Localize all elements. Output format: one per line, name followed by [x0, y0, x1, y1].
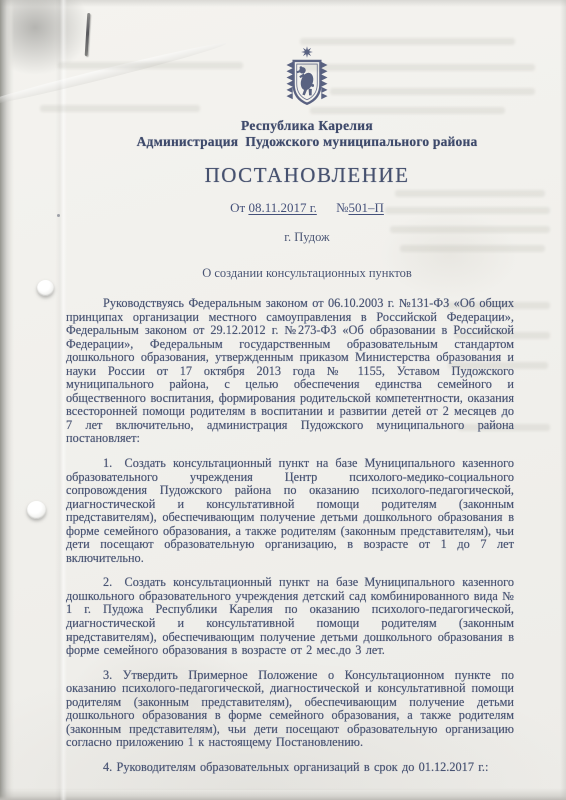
region-name: Республика Карелия — [50, 118, 564, 134]
scanned-decree-page: Республика Карелия Администрация Пудожск… — [0, 0, 566, 800]
item-2-paragraph: 2. Создать консультационный пункт на баз… — [66, 576, 514, 657]
administration-name: Администрация Пудожского муниципального … — [50, 134, 564, 150]
document-subject: О создании консультационных пунктов — [50, 266, 564, 281]
document-header: Республика Карелия Администрация Пудожск… — [50, 0, 564, 281]
document-date: 08.11.2017 г. — [248, 200, 316, 215]
karelia-coat-of-arms-emblem — [280, 44, 334, 110]
fir-branch-left — [286, 62, 292, 99]
bear-rampant-icon — [296, 66, 315, 95]
date-prefix: От — [230, 200, 245, 215]
document-type-title: ПОСТАНОВЛЕНИЕ — [50, 163, 564, 188]
date-and-number-line: От 08.11.2017 г. №501–П — [50, 200, 564, 216]
fir-branch-right — [321, 62, 327, 99]
hole-punch — [27, 501, 46, 519]
intro-paragraph: Руководствуясь Федеральным законом от 06… — [66, 297, 514, 446]
place-line: г. Пудож — [50, 230, 564, 245]
item-4-paragraph: 4. Руководителям образовательных организ… — [66, 761, 514, 775]
number-sign: № — [336, 200, 348, 215]
document-number: 501–П — [348, 200, 383, 215]
item-1-paragraph: 1. Создать консультационный пункт на баз… — [66, 457, 514, 565]
document-body: Руководствуясь Федеральным законом от 06… — [66, 297, 514, 786]
item-3-paragraph: 3. Утвердить Примерное Положение о Консу… — [66, 669, 514, 750]
hole-punch — [37, 280, 54, 296]
eight-point-star-icon — [301, 46, 313, 58]
